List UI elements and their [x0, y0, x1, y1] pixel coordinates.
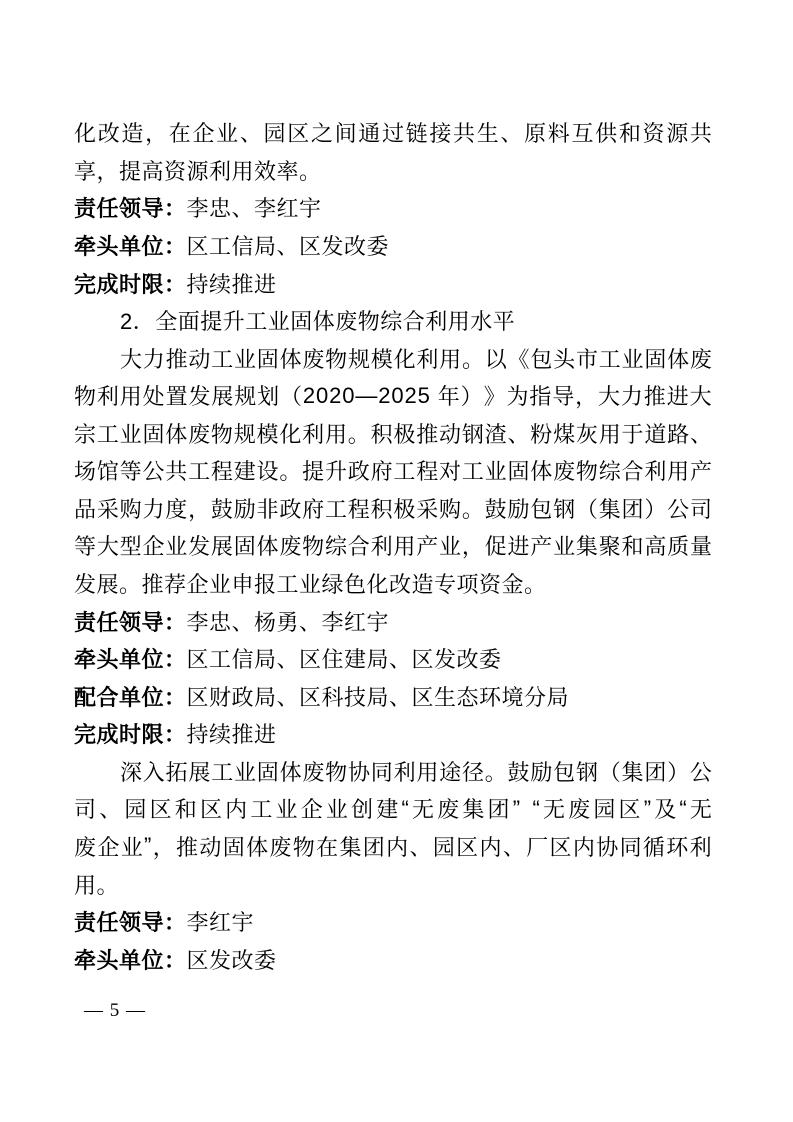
field-line: 完成时限：持续推进: [74, 715, 712, 753]
field-label: 责任领导：: [74, 192, 187, 223]
heading-line: 2．全面提升工业固体废物综合利用水平: [74, 302, 712, 340]
field-line: 责任领导：李忠、李红宇: [74, 189, 712, 227]
field-label: 配合单位：: [74, 681, 187, 712]
field-value: 区工信局、区住建局、区发改委: [187, 643, 502, 674]
field-line: 责任领导：李红宇: [74, 903, 712, 941]
document-body: 化改造，在企业、园区之间通过链接共生、原料互供和资源共享，提高资源利用效率。责任…: [74, 114, 712, 978]
field-label: 完成时限：: [74, 718, 187, 749]
field-value: 李忠、李红宇: [187, 192, 322, 223]
text-line: 废企业”，推动固体废物在集团内、园区内、厂区内协同循环利: [74, 828, 712, 866]
field-value: 区财政局、区科技局、区生态环境分局: [187, 681, 570, 712]
field-label: 牵头单位：: [74, 643, 187, 674]
line-text: 2．全面提升工业固体废物综合利用水平: [120, 305, 515, 336]
text-line: 物利用处置发展规划（2020—2025 年）》为指导，大力推进大: [74, 377, 712, 415]
line-text: 享，提高资源利用效率。: [74, 155, 322, 186]
text-line: 司、园区和区内工业企业创建“无废集团” “无废园区”及“无: [74, 790, 712, 828]
text-line: 大力推动工业固体废物规模化利用。以《包头市工业固体废: [74, 339, 712, 377]
field-value: 持续推进: [187, 718, 277, 749]
text-line: 场馆等公共工程建设。提升政府工程对工业固体废物综合利用产: [74, 452, 712, 490]
text-line: 发展。推荐企业申报工业绿色化改造专项资金。: [74, 565, 712, 603]
field-value: 区发改委: [187, 944, 277, 975]
text-line: 享，提高资源利用效率。: [74, 152, 712, 190]
field-value: 李红宇: [187, 906, 255, 937]
document-page: 化改造，在企业、园区之间通过链接共生、原料互供和资源共享，提高资源利用效率。责任…: [0, 0, 793, 1122]
text-line: 品采购力度，鼓励非政府工程积极采购。鼓励包钢（集团）公司: [74, 490, 712, 528]
field-label: 责任领导：: [74, 606, 187, 637]
field-label: 完成时限：: [74, 268, 187, 299]
line-text: 用。: [74, 869, 119, 900]
text-line: 化改造，在企业、园区之间通过链接共生、原料互供和资源共: [74, 114, 712, 152]
field-line: 完成时限：持续推进: [74, 264, 712, 302]
text-line: 宗工业固体废物规模化利用。积极推动钢渣、粉煤灰用于道路、: [74, 415, 712, 453]
field-line: 配合单位：区财政局、区科技局、区生态环境分局: [74, 677, 712, 715]
field-line: 牵头单位：区发改委: [74, 940, 712, 978]
line-text: 发展。推荐企业申报工业绿色化改造专项资金。: [74, 568, 547, 599]
field-label: 责任领导：: [74, 906, 187, 937]
text-line: 深入拓展工业固体废物协同利用途径。鼓励包钢（集团）公: [74, 753, 712, 791]
field-label: 牵头单位：: [74, 230, 187, 261]
field-line: 牵头单位：区工信局、区发改委: [74, 227, 712, 265]
field-value: 区工信局、区发改委: [187, 230, 390, 261]
text-line: 等大型企业发展固体废物综合利用产业，促进产业集聚和高质量: [74, 527, 712, 565]
field-label: 牵头单位：: [74, 944, 187, 975]
field-line: 责任领导：李忠、杨勇、李红宇: [74, 602, 712, 640]
field-value: 持续推进: [187, 268, 277, 299]
field-value: 李忠、杨勇、李红宇: [187, 606, 390, 637]
text-line: 用。: [74, 865, 712, 903]
field-line: 牵头单位：区工信局、区住建局、区发改委: [74, 640, 712, 678]
page-number: — 5 —: [84, 1000, 146, 1022]
